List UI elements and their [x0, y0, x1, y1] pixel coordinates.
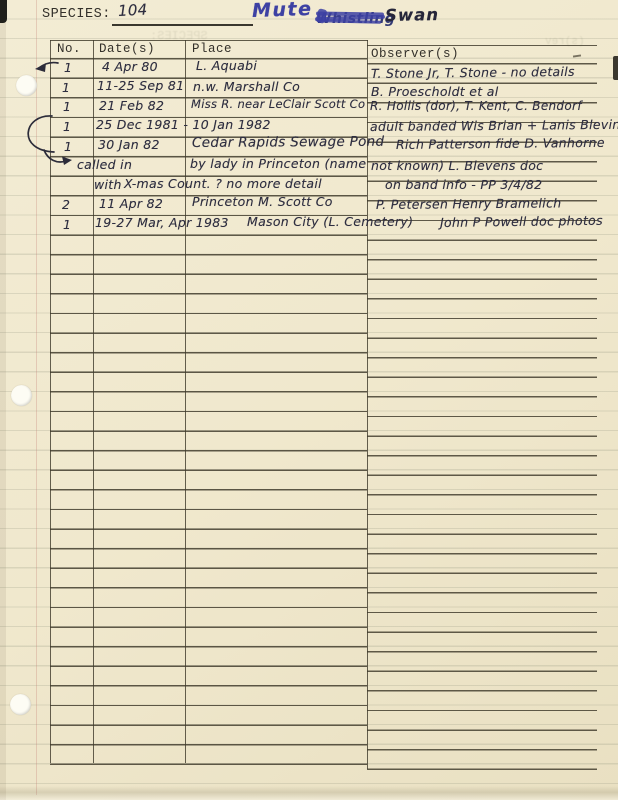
record-place: L. Aquabi	[196, 58, 257, 73]
record-observer: adult banded Wis Brian + Lanis Blevins	[370, 117, 618, 134]
column-divider-no-date	[93, 40, 94, 763]
record-count: 1	[62, 80, 70, 95]
record-observer: P. Petersen Henry Bramelich	[376, 195, 562, 212]
record-count: 1	[63, 119, 71, 134]
record-date: 11 Apr 82	[99, 196, 163, 211]
record-note: on band info - PP 3/4/82	[385, 177, 542, 192]
record-note: not known) L. Blevens doc	[371, 158, 543, 173]
record-place: n.w. Marshall Co	[193, 79, 300, 94]
record-date: 21 Feb 82	[99, 98, 164, 113]
punch-hole	[11, 385, 32, 406]
record-observer: T. Stone Jr, T. Stone - no details	[371, 64, 575, 81]
record-count: 1	[63, 217, 71, 232]
record-count: 1	[63, 99, 71, 114]
record-date: 25 Dec 1981 - 10 Jan 1982	[96, 117, 271, 132]
record-count: 2	[62, 197, 70, 212]
column-header-place: Place	[192, 42, 232, 56]
species-name-struck-wrap: Whistling	[316, 8, 395, 27]
punch-hole	[10, 694, 31, 715]
species-underline	[112, 24, 253, 26]
column-header-observer: Observer(s)	[371, 47, 459, 61]
record-date: 19-27 Mar, Apr 1983	[95, 215, 229, 230]
record-note: with	[94, 177, 122, 192]
table-left-border	[50, 40, 51, 763]
record-note: X-mas Count. ? no more detail	[124, 176, 322, 191]
record-place: Princeton M. Scott Co	[192, 194, 333, 209]
punch-hole	[16, 75, 37, 96]
record-observer: Rich Patterson fide D. Vanhorne	[396, 135, 605, 152]
paper-bottom-edge	[0, 786, 618, 800]
record-observer: B. Proescholdt et al	[371, 84, 498, 99]
column-divider-date-place	[185, 40, 186, 763]
species-name-kept: Swan	[385, 5, 439, 25]
species-number-handwritten: 104	[118, 0, 148, 20]
column-header-no: No.	[57, 42, 81, 56]
paper-left-edge	[0, 0, 6, 800]
record-place: Miss R. near LeClair Scott Co	[191, 97, 365, 111]
column-header-date: Date(s)	[99, 42, 155, 56]
record-observer: John P Powell doc photos	[440, 213, 603, 230]
scan-artifact	[613, 56, 618, 80]
record-note: by lady in Princeton (name	[190, 156, 366, 171]
record-count: 1	[64, 60, 72, 75]
record-sheet: SPECIES: (s)rev SPECIES: 104 Mute Whistl…	[0, 0, 618, 800]
record-count: 1	[64, 139, 72, 154]
record-observer: R. Hollis (dor), T. Kent, C. Bendorf	[370, 99, 582, 113]
record-note: called in	[77, 157, 132, 172]
record-place: Cedar Rapids Sewage Pond	[192, 134, 384, 151]
scan-artifact	[0, 0, 7, 23]
species-name-correction: Mute	[252, 0, 313, 22]
record-date: 4 Apr 80	[102, 59, 158, 74]
record-place: Mason City (L. Cemetery)	[247, 214, 413, 229]
species-label: SPECIES:	[42, 7, 111, 22]
record-date: 11-25 Sep 81	[97, 78, 184, 93]
paper-margin-line	[36, 0, 37, 795]
record-date: 30 Jan 82	[98, 137, 160, 152]
